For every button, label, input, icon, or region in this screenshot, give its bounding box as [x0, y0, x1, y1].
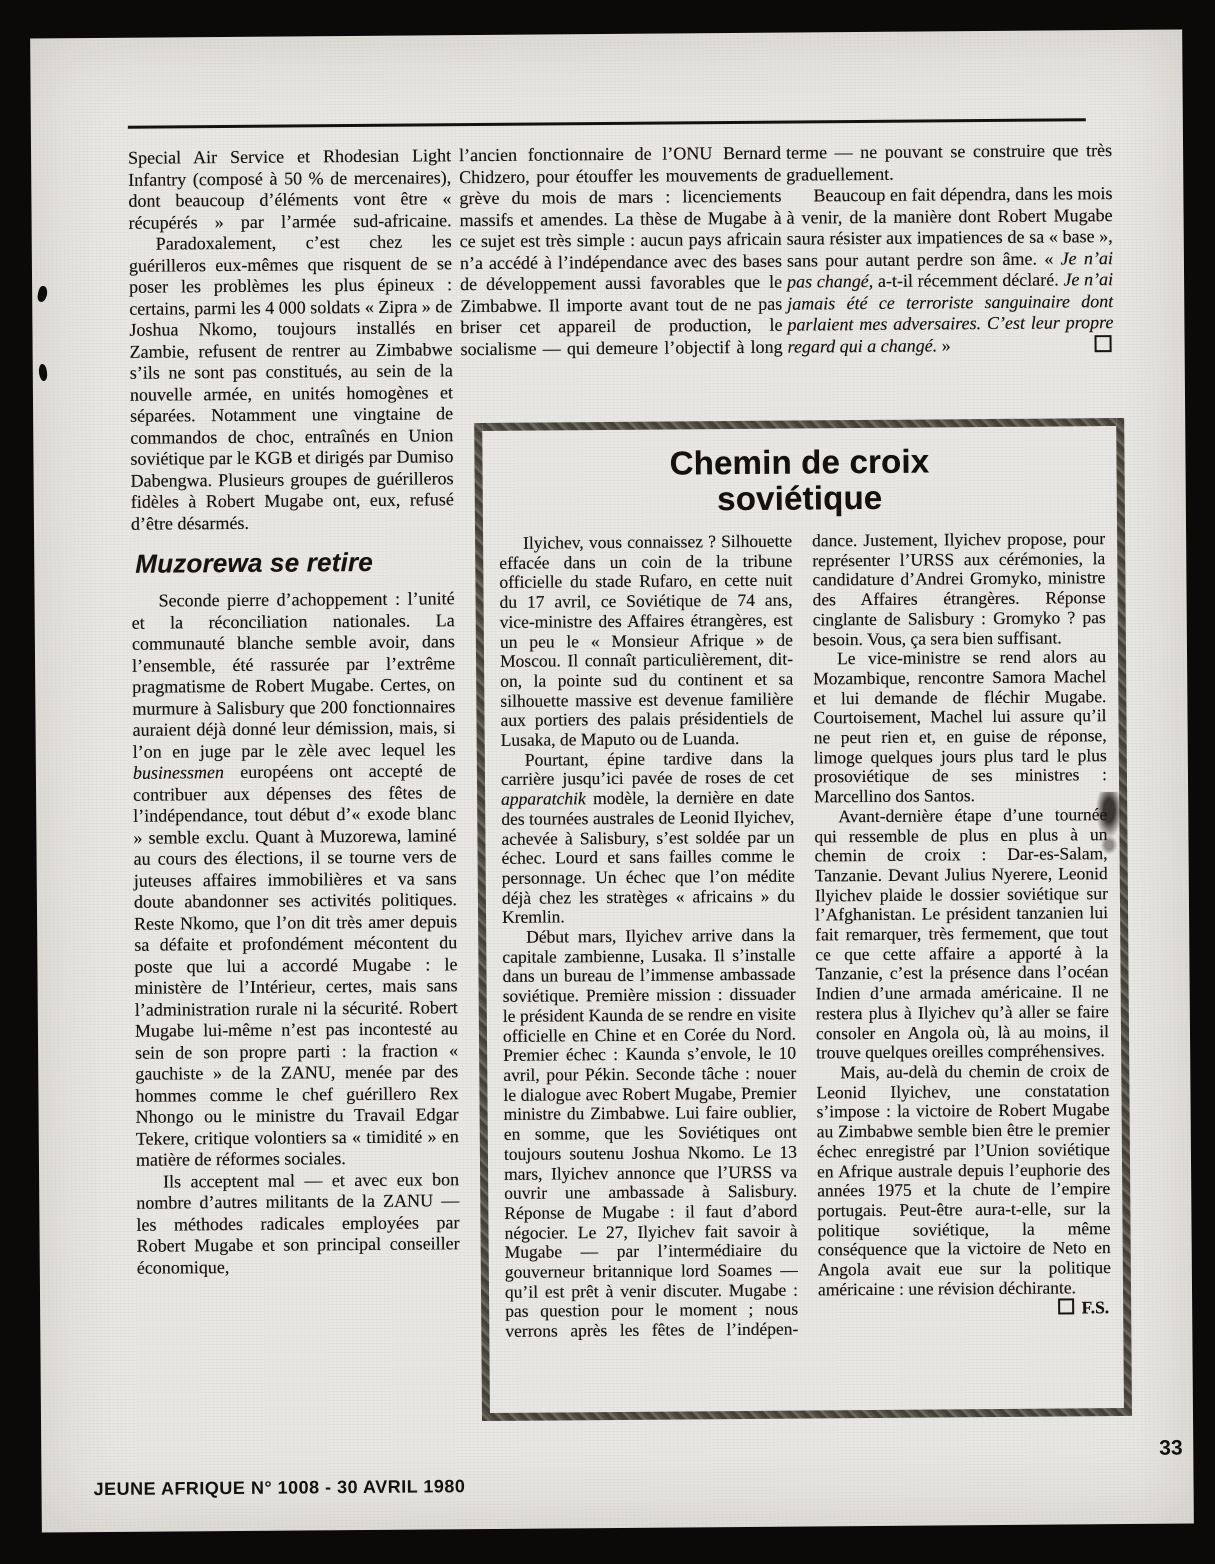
paragraph: Début mars, Ilyichev arrive dans la capi… [502, 926, 798, 1342]
article-signature: F.S. [818, 1299, 1111, 1321]
paragraph: Ilyichev, vous connaissez ? Silhouette e… [499, 532, 794, 751]
title-line-2: soviétique [717, 479, 883, 517]
paragraph: Avant-dernière étape d’une tournée qui r… [814, 805, 1109, 1063]
end-of-article-square-icon [1059, 1299, 1075, 1315]
column-left: Special Air Service et Rhodesian Light I… [128, 145, 460, 1279]
paragraph: Seconde pierre d’achoppement : l’unité e… [131, 588, 459, 1171]
column-middle: l’ancien fonctionnaire de l’ONU Bernard … [459, 143, 783, 361]
magazine-page: Special Air Service et Rhodesian Light I… [30, 29, 1194, 1532]
author-initials: F.S. [1081, 1298, 1109, 1318]
end-of-article-square-icon [1095, 335, 1112, 352]
boxed-column-left: Ilyichev, vous connaissez ? Silhouette e… [499, 532, 798, 1342]
paragraph-continuation: dance. Justement, Ilyichev propose, pour… [812, 529, 1106, 650]
boxed-article-title: Chemin de croix soviétique [482, 442, 1117, 519]
boxed-article-columns: Ilyichev, vous connaissez ? Silhouette e… [483, 514, 1123, 1342]
paragraph: Mais, au-delà du chemin de croix de Leon… [816, 1061, 1111, 1300]
paragraph-continuation: Special Air Service et Rhodesian Light I… [128, 145, 452, 234]
ink-smudge [1101, 836, 1117, 854]
scanned-magazine-spread: Special Air Service et Rhodesian Light I… [0, 0, 1215, 1564]
boxed-article-chemin-de-croix: Chemin de croix soviétique Ilyichev, vou… [474, 418, 1132, 1421]
paragraph: Le vice-ministre se rend alors au Mozamb… [813, 647, 1107, 807]
title-line-1: Chemin de croix [669, 442, 929, 481]
ink-smudge [1096, 792, 1122, 838]
boxed-column-right: dance. Justement, Ilyichev propose, pour… [812, 529, 1111, 1339]
paragraph-continuation: l’ancien fonctionnaire de l’ONU Bernard … [459, 143, 783, 361]
issue-footer: JEUNE AFRIQUE N° 1008 - 30 AVRIL 1980 [93, 1476, 465, 1500]
column-right: terme — ne pouvant se construire que trè… [786, 140, 1114, 358]
paragraph: Pourtant, épine tardive dans la carrière… [501, 748, 795, 928]
section-heading-muzorewa-se-retire: Muzorewa se retire [135, 547, 454, 578]
paragraph-continuation: terme — ne pouvant se construire que trè… [786, 140, 1112, 186]
paragraph: Paradoxalement, c’est chez les guériller… [129, 231, 454, 535]
paragraph: Ils acceptent mal — et avec eux bon nomb… [136, 1169, 460, 1279]
paragraph-with-end-mark: Beaucoup en fait dépendra, dans les mois… [786, 183, 1113, 358]
top-rule-divider [128, 118, 1086, 129]
page-number: 33 [1159, 1437, 1183, 1461]
